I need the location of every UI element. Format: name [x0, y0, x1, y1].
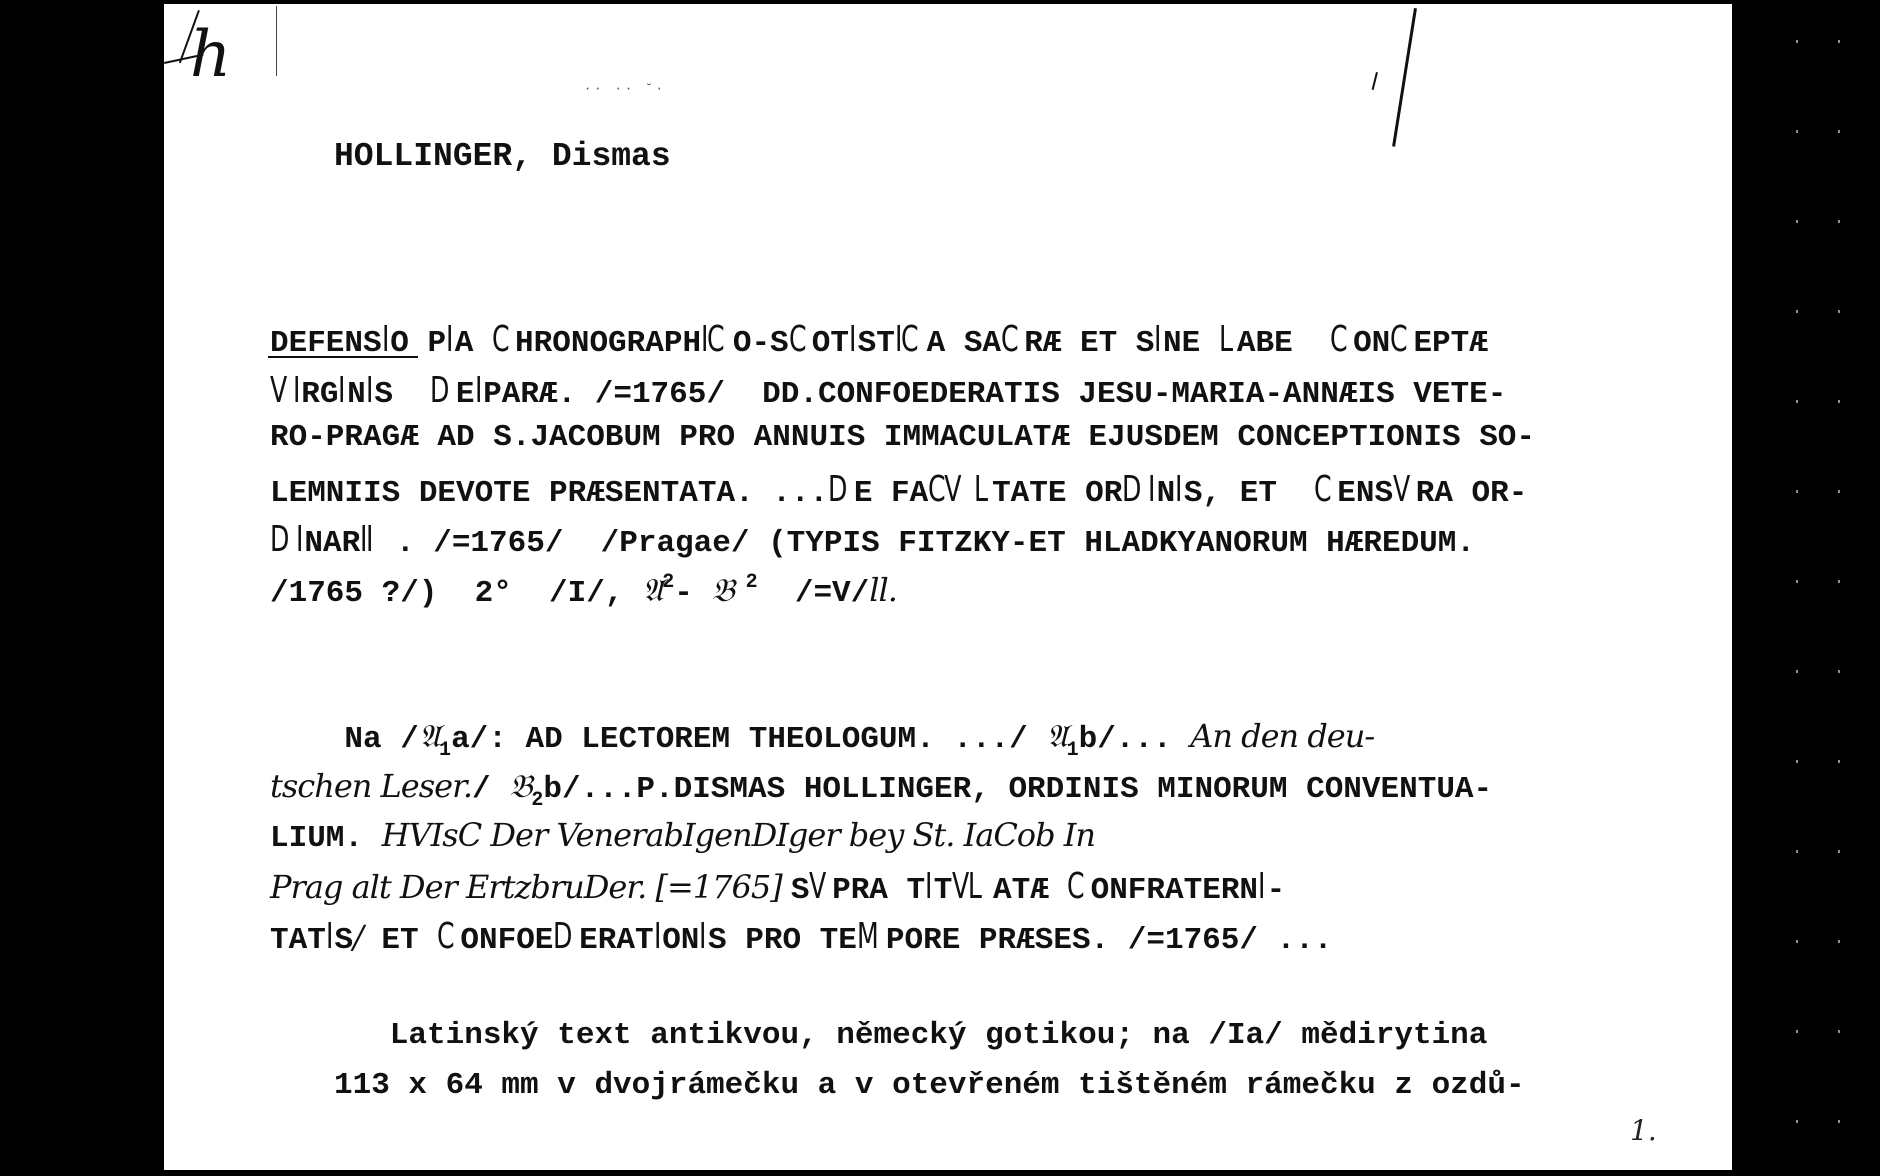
scan-noise	[1796, 0, 1798, 1176]
handwritten-letter: I	[654, 919, 660, 955]
typed-text: S PRO TE	[708, 923, 857, 958]
typed-text: OT	[812, 326, 849, 361]
typed-text: S	[791, 873, 810, 908]
typed-text: b/...	[1079, 722, 1191, 757]
catalog-card: h ·· ·· ˘· HOLLINGER, Dismas DEFENSIO PI…	[164, 4, 1732, 1170]
handwritten-letter: L	[974, 472, 987, 508]
typed-text: -	[1267, 873, 1286, 908]
handwritten-letter: VL	[952, 869, 980, 905]
handwritten-letter: C	[437, 919, 453, 955]
text-line: VIRGINIS DEIPARÆ. /=1765/ DD.CONFOEDERAT…	[270, 373, 1506, 410]
typed-text: ATÆ	[993, 873, 1067, 908]
handwritten-letter: I	[446, 322, 452, 358]
handwritten-letter: C	[1314, 472, 1330, 508]
typed-text: S, ET	[1184, 476, 1314, 511]
handwritten-letter: D	[828, 472, 846, 508]
handwritten-letter: M	[857, 919, 877, 955]
handwritten-annotation: 𝔄	[419, 717, 439, 755]
typed-text: HRONOGRAPH	[515, 326, 701, 361]
text-line: TATIS/ ET CONFOEDERATIONIS PRO TEMPORE P…	[270, 919, 1332, 956]
typed-text: TATE OR	[992, 476, 1122, 511]
typed-text: T	[934, 873, 953, 908]
typed-text: RG	[301, 377, 338, 412]
typed-text: ST	[858, 326, 895, 361]
typed-text: ON	[662, 923, 699, 958]
typed-text: RÆ ET S	[1024, 326, 1154, 361]
handwritten-letter: CV	[928, 472, 960, 508]
handwritten-letter: I	[296, 522, 302, 558]
text-line: DEFENSIO PIA CHRONOGRAPHICO-SCOTISTICA S…	[270, 322, 1488, 359]
typed-text: E FA	[854, 476, 928, 511]
typed-text: /1765 ?/) 2° /I/,	[270, 576, 642, 611]
typed-text: E	[456, 377, 475, 412]
handwritten-letter: I	[925, 869, 931, 905]
handwritten-letter: I	[382, 322, 388, 358]
typed-text: b/...P.DISMAS HOLLINGER, ORDINIS MINORUM…	[543, 772, 1492, 807]
typed-text: /	[472, 772, 509, 807]
handwritten-annotation: An den deu-	[1190, 717, 1374, 755]
typed-text: N	[1157, 476, 1176, 511]
typed-text: RA OR-	[1416, 476, 1528, 511]
handwritten-letter: I	[338, 373, 344, 409]
typed-text: A	[455, 326, 492, 361]
handwritten-letter: I	[475, 373, 481, 409]
handwritten-letter: I	[1258, 869, 1264, 905]
handwritten-letter: C	[492, 322, 508, 358]
handwritten-letter: IC	[895, 322, 917, 358]
pen-stroke	[1392, 8, 1417, 147]
text-line: RO-PRAGÆ AD S.JACOBUM PRO ANNUIS IMMACUL…	[270, 422, 1535, 453]
text-line: tschen Leser./ 𝔅2b/...P.DISMAS HOLLINGER…	[270, 770, 1492, 811]
stray-mark	[276, 6, 277, 76]
handwritten-letter: IC	[701, 322, 723, 358]
typed-text: a/: AD LECTOREM THEOLOGUM. .../	[451, 722, 1046, 757]
handwritten-letter: I	[366, 373, 372, 409]
typed-text: . /=1765/ /Pragae/ (TYPIS FITZKY-ET HLAD…	[377, 526, 1475, 561]
handwritten-annotation: tschen Leser.	[270, 767, 472, 805]
typed-text: NE	[1163, 326, 1219, 361]
typed-text: -	[674, 576, 711, 611]
handwritten-annotation: 𝔅	[712, 571, 734, 609]
handwritten-letter: L	[1219, 322, 1232, 358]
typed-text: S	[374, 377, 430, 412]
typed-text: ERAT	[579, 923, 653, 958]
typed-text: S	[334, 923, 353, 958]
typed-text: O-S	[733, 326, 789, 361]
text-line: LEMNIIS DEVOTE PRÆSENTATA. ...DE FACVLTA…	[270, 472, 1527, 509]
text-line: LIUM. HVIsC Der VenerabIgenDIger bey St.…	[270, 819, 1095, 854]
typed-text: ET	[363, 923, 437, 958]
handwritten-letter: C	[1330, 322, 1346, 358]
typed-text: LIUM.	[270, 821, 382, 856]
page-number-mark: 1.	[1630, 1114, 1657, 1147]
typed-text: PORE PRÆSES. /=1765/ ...	[886, 923, 1332, 958]
handwritten-letter: I	[849, 322, 855, 358]
handwritten-annotation: ll.	[869, 571, 897, 609]
typed-text: PARÆ. /=1765/ DD.CONFOEDERATIS JESU-MARI…	[483, 377, 1506, 412]
typed-text: ONFOE	[460, 923, 553, 958]
typed-text: Na /	[270, 722, 419, 757]
handwritten-annotation: Prag alt Der ErtzbruDer. [=1765]	[270, 868, 791, 906]
handwritten-letter: D	[270, 522, 288, 558]
scan-specks: ·· ·· ˘·	[584, 82, 666, 96]
handwritten-letter: I	[1148, 472, 1154, 508]
handwritten-annotation: 𝔅	[509, 767, 531, 805]
text-line: Prag alt Der ErtzbruDer. [=1765] SVPRA T…	[270, 869, 1285, 906]
card-heading-author: HOLLINGER, Dismas	[334, 140, 671, 173]
superscript: 2	[734, 571, 758, 594]
handwritten-letter: V	[809, 869, 825, 905]
note-line: 113 x 64 mm v dvojrámečku a v otevřeném …	[334, 1070, 1525, 1101]
typed-text: TAT	[270, 923, 326, 958]
scan-noise	[1838, 0, 1840, 1176]
handwritten-letter: C	[1067, 869, 1083, 905]
typed-text: ABE	[1237, 326, 1330, 361]
typed-text: RO-PRAGÆ AD S.JACOBUM PRO ANNUIS IMMACUL…	[270, 420, 1535, 455]
typed-text: ON	[1353, 326, 1390, 361]
pen-underline	[268, 356, 418, 358]
handwritten-letter: C	[789, 322, 805, 358]
handwritten-annotation: 𝔄	[642, 571, 662, 609]
typed-text: NAR	[304, 526, 360, 561]
typed-text: ENS	[1337, 476, 1393, 511]
typed-text: A SA	[927, 326, 1001, 361]
text-line: DINARII . /=1765/ /Pragae/ (TYPIS FITZKY…	[270, 522, 1475, 559]
typed-text: EPTÆ	[1413, 326, 1487, 361]
handwritten-letter: D	[1122, 472, 1140, 508]
text-line: Na /𝔄1a/: AD LECTOREM THEOLOGUM. .../ 𝔄1…	[270, 720, 1374, 761]
handwritten-letter: C	[1390, 322, 1406, 358]
pen-stroke	[1372, 72, 1378, 90]
handwritten-letter: D	[430, 373, 448, 409]
handwritten-annotation: /	[353, 918, 363, 956]
handwritten-annotation: 𝔄	[1046, 717, 1066, 755]
typed-text: ONFRATERN	[1091, 873, 1258, 908]
typed-text: /=V/	[758, 576, 870, 611]
typed-text: LEMNIIS DEVOTE PRÆSENTATA. ...	[270, 476, 828, 511]
handwritten-letter: I	[293, 373, 299, 409]
handwritten-letter: I	[326, 919, 332, 955]
typed-text: N	[347, 377, 366, 412]
subscript: 1	[1067, 739, 1079, 762]
subscript: 1	[439, 739, 451, 762]
text-line: /1765 ?/) 2° /I/, 𝔄2- 𝔅 2 /=V/ll.	[270, 573, 897, 609]
handwritten-letter: I	[1154, 322, 1160, 358]
typed-text: PRA T	[832, 873, 925, 908]
subscript: 2	[531, 789, 543, 812]
handwritten-letter: D	[553, 919, 571, 955]
handwritten-letter: V	[1393, 472, 1409, 508]
note-line: Latinský text antikvou, německý gotikou;…	[334, 1020, 1487, 1051]
handwritten-letter: C	[1001, 322, 1017, 358]
handwritten-letter: I	[699, 919, 705, 955]
superscript: 2	[662, 571, 674, 594]
handwritten-letter: I	[1175, 472, 1181, 508]
handwritten-annotation: HVIsC Der VenerabIgenDIger bey St. IaCob…	[382, 816, 1095, 854]
handwritten-letter: II	[360, 522, 372, 558]
handwritten-letter: V	[270, 373, 286, 409]
